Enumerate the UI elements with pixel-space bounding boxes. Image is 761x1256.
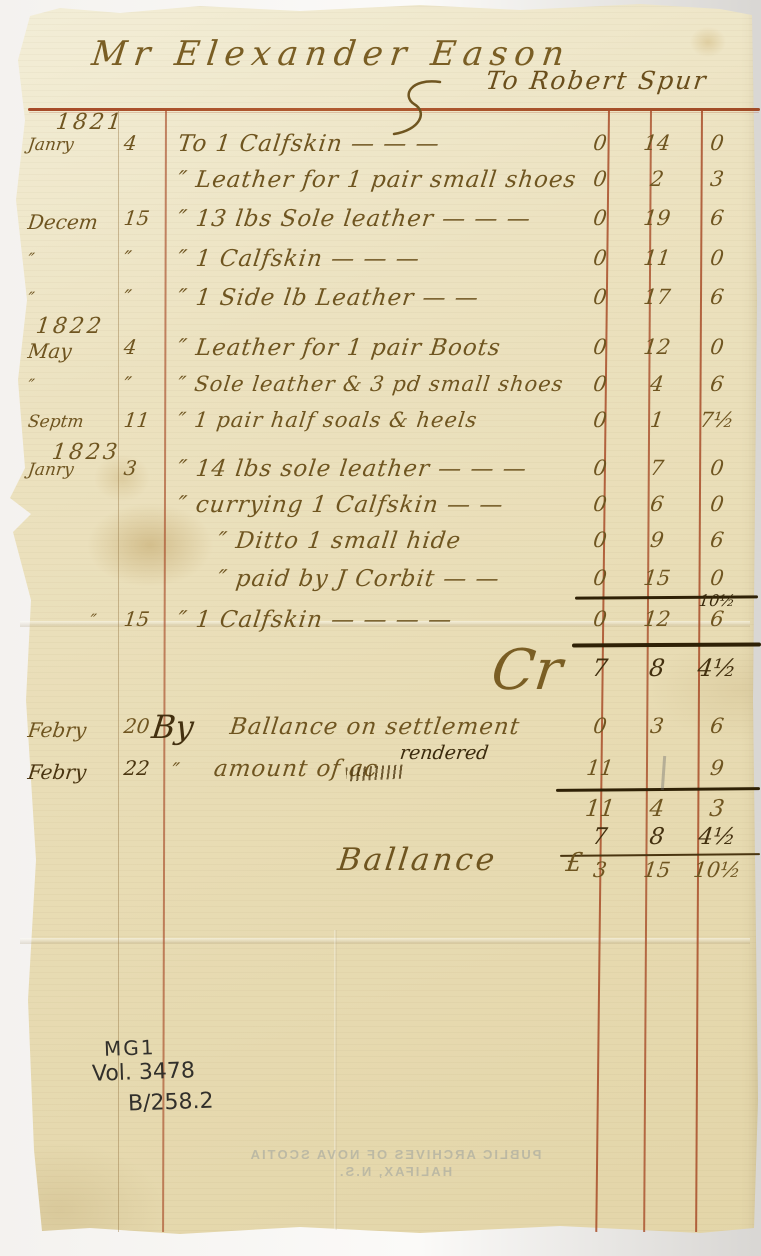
row-day: 3 (123, 456, 139, 480)
amount-shillings: 1 (633, 408, 682, 432)
ditto-mark: ″ (171, 758, 181, 782)
ledger-row: ″ Ditto 1 small hide 0 9 6 (0, 528, 761, 562)
fold-crease (20, 938, 750, 944)
row-description: ″ paid by J Corbit — — (216, 566, 501, 592)
row-day: ″ (123, 285, 133, 309)
row-description: ″ 1 pair half soals & heels (177, 408, 479, 432)
credit-section-label: Cr (488, 638, 566, 703)
amount-pounds: 0 (583, 372, 618, 396)
row-month: ″ (27, 376, 36, 396)
amount-pence: 6 (689, 607, 746, 631)
amount-shillings: 2 (633, 167, 682, 191)
amount-pence: 6 (689, 372, 746, 396)
amount-pence: 0 (689, 566, 746, 590)
row-day: 20 (123, 714, 151, 738)
currency-sign: £ (564, 848, 584, 878)
amount-pounds: 0 (583, 167, 618, 191)
pen-flourish (380, 78, 460, 138)
amount-correction: 10½ (689, 591, 745, 610)
row-month: Janry (27, 460, 75, 480)
fold-crease-vertical (334, 930, 337, 1230)
creditor-name: To Robert Spur (484, 66, 709, 95)
total-pounds: 7 (582, 654, 617, 682)
ledger-row: May 4 ″ Leather for 1 pair Boots 0 12 0 (0, 335, 761, 369)
row-month: Febry (27, 718, 88, 742)
row-description: ″ 1 Calfskin — — — — (176, 607, 453, 633)
ledger-row: ″ Leather for 1 pair small shoes 0 2 3 (0, 167, 761, 201)
scribbled-out-word (346, 764, 405, 781)
row-description: To 1 Calfskin — — — (176, 131, 441, 157)
balance-shillings: 15 (633, 858, 682, 882)
ledger-row: ″ ″ ″ 1 Side lb Leather — — 0 17 6 (0, 285, 761, 319)
row-description: ″ Sole leather & 3 pd small shoes (177, 372, 566, 396)
row-description: ″ 14 lbs sole leather — — — (176, 456, 528, 482)
amount-pence: 0 (689, 246, 746, 270)
row-day: 15 (123, 607, 151, 631)
debit-total-row: 7 8 4½ (0, 654, 761, 688)
amount-shillings: 12 (633, 607, 682, 631)
total-pence: 4½ (688, 654, 745, 682)
amount-shillings: 12 (633, 335, 682, 359)
amount-shillings: 7 (633, 456, 682, 480)
amount-shillings: 14 (633, 131, 682, 155)
row-description: ″ 13 lbs Sole leather — — — (176, 206, 532, 232)
amount-pounds: 0 (583, 456, 618, 480)
balance-row: Ballance £ 3 15 10½ (0, 842, 761, 876)
ledger-row: 15 ″ ″ 1 Calfskin — — — — 0 12 6 10½ (0, 607, 761, 641)
amount-pounds: 0 (583, 566, 618, 590)
ledger-row: Septm 11 ″ 1 pair half soals & heels 0 1… (0, 408, 761, 442)
amount-shillings: 3 (633, 714, 682, 738)
row-description: Ballance on settlement (228, 714, 521, 740)
amount-shillings: 9 (633, 528, 682, 552)
row-month: Septm (27, 412, 85, 432)
amount-shillings: 11 (633, 246, 682, 270)
total-shillings: 8 (632, 654, 681, 682)
amount-shillings: 6 (633, 492, 682, 516)
row-month: Decem (27, 210, 100, 234)
amount-shillings: 4 (633, 372, 682, 396)
amount-pence: 6 (689, 528, 746, 552)
row-day: ″ (123, 372, 133, 396)
row-month: May (27, 339, 74, 363)
row-description: ″ Leather for 1 pair Boots (176, 335, 502, 361)
credit-row: Febry 20 By Ballance on settlement 0 3 6 (0, 714, 761, 748)
amount-pounds: 0 (583, 492, 618, 516)
stamp-line2: HALIFAX, N.S. (225, 1163, 565, 1180)
row-month: Janry (27, 135, 75, 155)
row-description: ″ currying 1 Calfskin — — (176, 492, 505, 518)
amount-pounds: 11 (583, 756, 618, 780)
amount-shillings: 17 (633, 285, 682, 309)
amount-pounds: 0 (583, 246, 618, 270)
row-day: 22 (123, 756, 151, 780)
amount-pounds: 0 (583, 408, 618, 432)
balance-pounds: 3 (583, 858, 618, 882)
row-day: 4 (123, 335, 139, 359)
archival-mark-collection: MG1 (104, 1035, 156, 1061)
balance-pence: 10½ (689, 858, 746, 882)
amount-shillings: 19 (633, 206, 682, 230)
ledger-row: ″ paid by J Corbit — — 0 15 0 (0, 566, 761, 600)
amount-pence: 6 (689, 714, 746, 738)
archives-stamp-bleedthrough: PUBLIC ARCHIVES OF NOVA SCOTIA HALIFAX, … (225, 1146, 565, 1180)
row-description: ″ Leather for 1 pair small shoes (176, 167, 578, 193)
row-day: 11 (123, 408, 151, 432)
inserted-word: rendered (399, 742, 490, 764)
ledger-row: Janry 3 ″ 14 lbs sole leather — — — 0 7 … (0, 456, 761, 490)
amount-pounds: 0 (583, 714, 618, 738)
amount-pounds: 0 (583, 285, 618, 309)
row-day: ″ (123, 246, 133, 270)
subtotal-shillings: 4 (632, 796, 681, 822)
amount-pounds: 0 (583, 206, 618, 230)
scanned-ledger-document: Mr Elexander Eason To Robert Spur 1821 1… (0, 0, 761, 1256)
amount-pence: 3 (689, 167, 746, 191)
amount-pounds: 0 (583, 335, 618, 359)
ledger-row: ″ currying 1 Calfskin — — 0 6 0 (0, 492, 761, 526)
subtotal-pounds: 11 (582, 796, 617, 822)
row-month: ″ (89, 611, 98, 631)
ledger-row: ″ ″ ″ 1 Calfskin — — — 0 11 0 (0, 246, 761, 280)
ledger-row: ″ ″ ″ Sole leather & 3 pd small shoes 0 … (0, 372, 761, 406)
row-lead-word: By (150, 708, 196, 746)
row-description: ″ 1 Calfskin — — — (176, 246, 421, 272)
amount-pence: 6 (689, 285, 746, 309)
amount-pence: 9 (689, 756, 746, 780)
row-description: ″ Ditto 1 small hide (216, 528, 462, 554)
credit-row: Febry 22 ″ amount of ac rendered 11 9 (0, 756, 761, 790)
amount-pence: 6 (689, 206, 746, 230)
amount-pounds: 0 (583, 528, 618, 552)
amount-shillings: 15 (633, 566, 682, 590)
row-day: 15 (123, 206, 151, 230)
row-month: Febry (27, 760, 88, 784)
amount-pounds: 0 (583, 131, 618, 155)
amount-pence: 0 (689, 492, 746, 516)
amount-pence: 0 (689, 131, 746, 155)
row-description: ″ 1 Side lb Leather — — (176, 285, 480, 311)
row-day: 4 (123, 131, 139, 155)
amount-pence: 7½ (689, 408, 746, 432)
row-month: ″ (27, 289, 36, 309)
stamp-line1: PUBLIC ARCHIVES OF NOVA SCOTIA (225, 1146, 565, 1163)
archival-mark-item: B/258.2 (128, 1089, 214, 1117)
row-month: ″ (27, 250, 36, 270)
archival-mark-volume: Vol. 3478 (92, 1058, 196, 1087)
subtotal-pence: 3 (688, 796, 745, 822)
amount-pounds: 0 (583, 607, 618, 631)
balance-label: Ballance (336, 842, 500, 878)
amount-pence: 0 (689, 456, 746, 480)
amount-pence: 0 (689, 335, 746, 359)
ledger-row: Decem 15 ″ 13 lbs Sole leather — — — 0 1… (0, 206, 761, 240)
ledger-row: Janry 4 To 1 Calfskin — — — 0 14 0 (0, 131, 761, 165)
